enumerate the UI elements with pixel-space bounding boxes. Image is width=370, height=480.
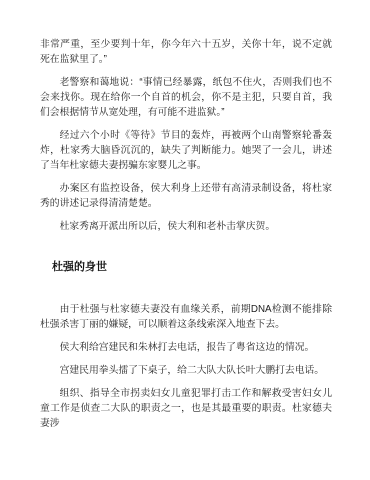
body-paragraph: 老警察和蔼地说：“事情已经暴露，纸包不住火，否则我们也不会来找你。现在给你一个自… xyxy=(40,75,332,120)
body-paragraph: 杜家秀离开派出所以后，侯大利和老朴击掌庆贺。 xyxy=(40,219,332,234)
reader-page: 非常严重，至少要判十年，你今年六十五岁，关你十年，说不定就死在监狱里了。”老警察… xyxy=(0,0,370,480)
body-paragraph: 由于杜强与杜家德夫妻没有血缘关系，前期DNA检测不能排除杜强杀害丁丽的嫌疑，可以… xyxy=(40,302,332,332)
body-paragraph: 办案区有监控设备，侯大利身上还带有高清录制设备，将杜家秀的讲述记录得清清楚楚。 xyxy=(40,181,332,211)
body-paragraph: 宫建民用拳头擂了下桌子，给二大队大队长叶大鹏打去电话。 xyxy=(40,363,332,378)
body-paragraph: 经过六个小时《等待》节目的轰炸，再被两个山南警察轮番轰炸，杜家秀大脑昏沉沉的，缺… xyxy=(40,128,332,173)
book-text-content: 非常严重，至少要判十年，你今年六十五岁，关你十年，说不定就死在监狱里了。”老警察… xyxy=(0,0,370,431)
body-paragraph: 非常严重，至少要判十年，你今年六十五岁，关你十年，说不定就死在监狱里了。” xyxy=(40,37,332,67)
section-heading: 杜强的身世 xyxy=(52,258,332,276)
body-paragraph: 组织、指导全市拐卖妇女儿童犯罪打击工作和解救受害妇女儿童工作是侦查二大队的职责之… xyxy=(40,386,332,431)
body-paragraph: 侯大利给宫建民和朱林打去电话，报告了粤省这边的情况。 xyxy=(40,340,332,355)
